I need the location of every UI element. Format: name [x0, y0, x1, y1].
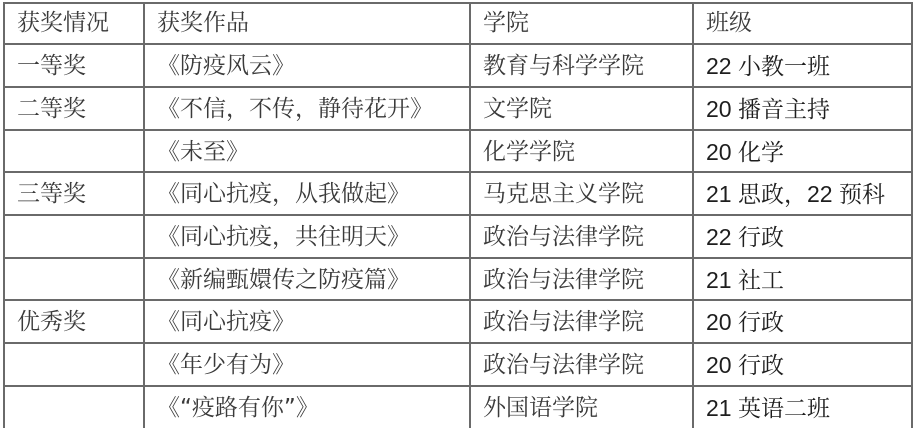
- header-work: 获奖作品: [145, 2, 469, 44]
- college-name: 教育与科学学院: [471, 45, 692, 87]
- work-title: 《同心抗疫，共往明天》: [145, 216, 469, 258]
- college-name: 政治与法律学院: [471, 301, 692, 343]
- work-title: 《同心抗疫》: [145, 301, 469, 343]
- work-title: 《“疫路有你”》: [145, 387, 469, 429]
- work-title: 《未至》: [145, 131, 469, 173]
- class-name: 22 小教一班: [694, 45, 911, 87]
- college-name: 马克思主义学院: [471, 173, 692, 215]
- award-level: 一等奖: [5, 45, 143, 87]
- work-title: 《年少有为》: [145, 344, 469, 386]
- header-class: 班级: [694, 2, 911, 44]
- work-title: 《同心抗疫，从我做起》: [145, 173, 469, 215]
- college-name: 政治与法律学院: [471, 216, 692, 258]
- work-title: 《新编甄嬛传之防疫篇》: [145, 259, 469, 301]
- header-award: 获奖情况: [5, 2, 143, 44]
- work-title: 《不信，不传，静待花开》: [145, 88, 469, 130]
- award-level: 三等奖: [5, 173, 143, 215]
- class-name: 20 播音主持: [694, 88, 911, 130]
- class-name: 21 社工: [694, 259, 911, 301]
- work-title: 《防疫风云》: [145, 45, 469, 87]
- header-college: 学院: [471, 2, 692, 44]
- class-name: 21 英语二班: [694, 387, 911, 429]
- class-name: 22 行政: [694, 216, 911, 258]
- awards-table: 获奖情况 获奖作品 学院 班级 一等奖 《防疫风云》 教育与科学学院 22 小教…: [3, 2, 913, 428]
- class-name: 21 思政，22 预科: [694, 173, 911, 215]
- award-level: 优秀奖: [5, 301, 143, 343]
- college-name: 政治与法律学院: [471, 344, 692, 386]
- college-name: 文学院: [471, 88, 692, 130]
- award-level: 二等奖: [5, 88, 143, 130]
- class-name: 20 行政: [694, 344, 911, 386]
- class-name: 20 行政: [694, 301, 911, 343]
- college-name: 外国语学院: [471, 387, 692, 429]
- class-name: 20 化学: [694, 131, 911, 173]
- college-name: 化学学院: [471, 131, 692, 173]
- college-name: 政治与法律学院: [471, 259, 692, 301]
